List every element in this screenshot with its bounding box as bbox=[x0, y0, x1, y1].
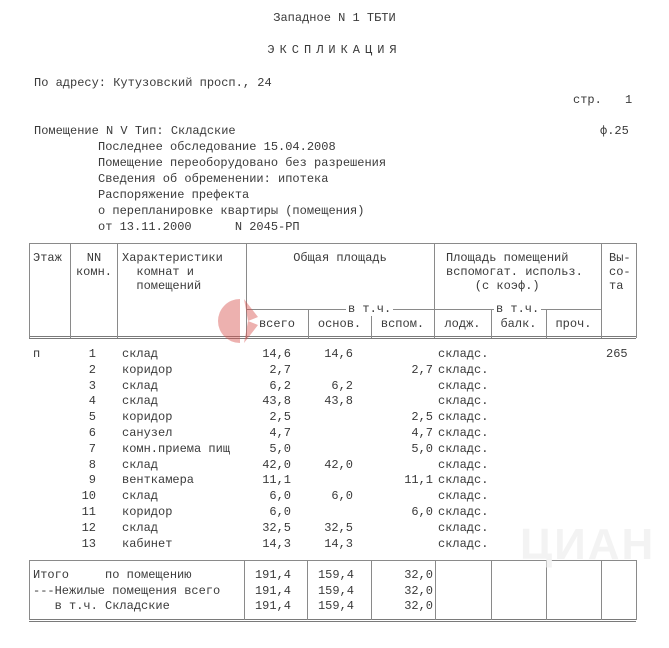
cell-no: 6 bbox=[72, 426, 96, 440]
cell-no: 2 bbox=[72, 363, 96, 377]
col-divider bbox=[29, 560, 30, 620]
cell-main: 43,8 bbox=[308, 394, 353, 408]
cell-main: 42,0 bbox=[308, 458, 353, 472]
cell-class: складс. bbox=[438, 505, 498, 519]
watermark-text: ЦИАН bbox=[520, 520, 655, 570]
cell-all: 5,0 bbox=[246, 442, 291, 456]
cell-name: склад bbox=[122, 347, 247, 361]
header-total-area: Общая площадь bbox=[246, 251, 434, 265]
page-number: 1 bbox=[625, 93, 632, 108]
form-code: ф.25 bbox=[600, 124, 629, 139]
org-name: Западное N 1 ТБТИ bbox=[0, 11, 669, 26]
header-bottom-border bbox=[29, 336, 636, 339]
cell-no: 5 bbox=[72, 410, 96, 424]
cell-name: склад bbox=[122, 489, 247, 503]
col-divider bbox=[117, 243, 118, 338]
note-line: Последнее обследование 15.04.2008 bbox=[98, 140, 336, 155]
table-bottom-border bbox=[29, 619, 636, 622]
cell-name: венткамера bbox=[122, 473, 247, 487]
cell-main: 14,3 bbox=[308, 537, 353, 551]
cell-all: 4,7 bbox=[246, 426, 291, 440]
address-line: По адресу: Кутузовский просп., 24 bbox=[34, 76, 272, 91]
total-aux: 32,0 bbox=[371, 568, 433, 582]
col-divider bbox=[29, 243, 30, 338]
cell-no: 7 bbox=[72, 442, 96, 456]
header-aux: вспом. bbox=[371, 317, 434, 331]
cell-all: 2,7 bbox=[246, 363, 291, 377]
cell-all: 14,6 bbox=[246, 347, 291, 361]
note-line: от 13.11.2000 N 2045-РП bbox=[98, 220, 300, 235]
cell-name: коридор bbox=[122, 363, 247, 377]
cell-all: 6,2 bbox=[246, 379, 291, 393]
header-main: основ. bbox=[308, 317, 371, 331]
header-loggia: лодж. bbox=[434, 317, 491, 331]
cell-name: комн.приема пищ bbox=[122, 442, 247, 456]
total-aux: 32,0 bbox=[371, 584, 433, 598]
col-divider bbox=[491, 560, 492, 620]
header-balcony: балк. bbox=[491, 317, 546, 331]
cell-class: складс. bbox=[438, 410, 498, 424]
cell-name: склад bbox=[122, 394, 247, 408]
cell-all: 14,3 bbox=[246, 537, 291, 551]
table-top-border bbox=[29, 243, 636, 244]
cell-floor: п bbox=[33, 347, 53, 361]
document-title: ЭКСПЛИКАЦИЯ bbox=[0, 43, 669, 58]
cell-no: 13 bbox=[72, 537, 96, 551]
cell-all: 43,8 bbox=[246, 394, 291, 408]
total-all: 191,4 bbox=[246, 599, 291, 613]
header-room-no: NN комн. bbox=[71, 251, 117, 279]
total-label: Итого по помещению bbox=[33, 568, 243, 582]
cell-class: складс. bbox=[438, 489, 498, 503]
cell-class: складс. bbox=[438, 363, 498, 377]
cell-name: кабинет bbox=[122, 537, 247, 551]
total-main: 159,4 bbox=[308, 568, 354, 582]
cell-all: 32,5 bbox=[246, 521, 291, 535]
note-line: Помещение переоборудовано без разрешения bbox=[98, 156, 386, 171]
total-all: 191,4 bbox=[246, 584, 291, 598]
header-aux-area: Площадь помещений вспомогат. использ. (с… bbox=[446, 251, 583, 293]
cell-aux: 2,5 bbox=[371, 410, 433, 424]
total-aux: 32,0 bbox=[371, 599, 433, 613]
cell-class: складс. bbox=[438, 473, 498, 487]
header-other: проч. bbox=[546, 317, 601, 331]
cell-class: складс. bbox=[438, 426, 498, 440]
cell-no: 4 bbox=[72, 394, 96, 408]
cell-main: 6,2 bbox=[308, 379, 353, 393]
watermark-logo-icon bbox=[218, 297, 266, 345]
cell-name: склад bbox=[122, 458, 247, 472]
cell-no: 1 bbox=[72, 347, 96, 361]
premise-line: Помещение N V Тип: Складские bbox=[34, 124, 236, 139]
cell-aux: 5,0 bbox=[371, 442, 433, 456]
total-all: 191,4 bbox=[246, 568, 291, 582]
header-floor: Этаж bbox=[33, 251, 62, 265]
total-label: в т.ч. Складские bbox=[33, 599, 243, 613]
cell-name: склад bbox=[122, 379, 247, 393]
cell-no: 12 bbox=[72, 521, 96, 535]
cell-class: складс. bbox=[438, 442, 498, 456]
cell-aux: 11,1 bbox=[371, 473, 433, 487]
note-line: о перепланировке квартиры (помещения) bbox=[98, 204, 364, 219]
cell-height: 265 bbox=[606, 347, 636, 361]
col-divider bbox=[636, 243, 637, 338]
note-line: Распоряжение префекта bbox=[98, 188, 249, 203]
header-incl: в т.ч. bbox=[346, 302, 393, 316]
cell-aux: 2,7 bbox=[371, 363, 433, 377]
cell-class: складс. bbox=[438, 537, 498, 551]
cell-all: 11,1 bbox=[246, 473, 291, 487]
col-divider bbox=[435, 560, 436, 620]
incl-line-left bbox=[246, 309, 434, 310]
header-incl-2: в т.ч. bbox=[494, 302, 541, 316]
cell-aux: 4,7 bbox=[371, 426, 433, 440]
cell-all: 2,5 bbox=[246, 410, 291, 424]
page-label: стр. bbox=[573, 93, 602, 108]
total-label: ---Нежилые помещения всего bbox=[33, 584, 243, 598]
cell-no: 10 bbox=[72, 489, 96, 503]
total-main: 159,4 bbox=[308, 599, 354, 613]
cell-class: складс. bbox=[438, 458, 498, 472]
cell-name: коридор bbox=[122, 505, 247, 519]
cell-name: коридор bbox=[122, 410, 247, 424]
cell-main: 14,6 bbox=[308, 347, 353, 361]
cell-class: складс. bbox=[438, 379, 498, 393]
cell-name: санузел bbox=[122, 426, 247, 440]
cell-no: 3 bbox=[72, 379, 96, 393]
note-line: Сведения об обременении: ипотека bbox=[98, 172, 328, 187]
header-height: Вы- со- та bbox=[609, 251, 631, 293]
total-main: 159,4 bbox=[308, 584, 354, 598]
cell-class: складс. bbox=[438, 521, 498, 535]
cell-class: складс. bbox=[438, 394, 498, 408]
cell-class: складс. bbox=[438, 347, 498, 361]
col-divider bbox=[601, 243, 602, 338]
cell-main: 6,0 bbox=[308, 489, 353, 503]
cell-aux: 6,0 bbox=[371, 505, 433, 519]
col-divider bbox=[244, 560, 245, 620]
header-characteristics: Характеристики комнат и помещений bbox=[122, 251, 223, 293]
cell-all: 6,0 bbox=[246, 489, 291, 503]
cell-all: 6,0 bbox=[246, 505, 291, 519]
cell-main: 32,5 bbox=[308, 521, 353, 535]
cell-no: 9 bbox=[72, 473, 96, 487]
cell-no: 11 bbox=[72, 505, 96, 519]
cell-all: 42,0 bbox=[246, 458, 291, 472]
cell-no: 8 bbox=[72, 458, 96, 472]
cell-name: склад bbox=[122, 521, 247, 535]
